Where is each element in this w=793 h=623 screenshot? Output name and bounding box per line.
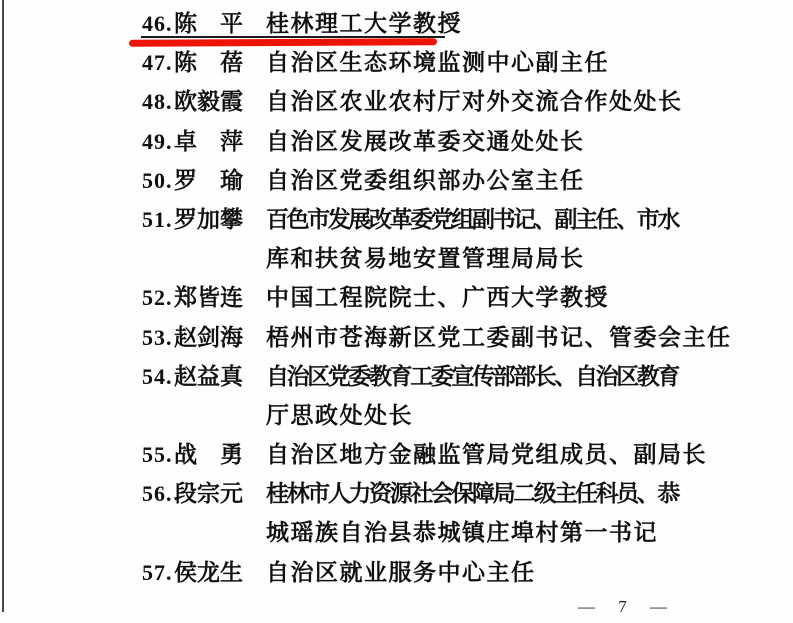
entry-title: 库和扶贫易地安置管理局局长 bbox=[266, 246, 585, 271]
entry-number: 56. bbox=[142, 482, 173, 506]
entry-title: 自治区就业服务中心主任 bbox=[266, 560, 536, 585]
list-item-continuation: 城瑶族自治县恭城镇庄埠村第一书记 bbox=[0, 519, 793, 558]
entry-number: 50. bbox=[142, 169, 173, 193]
entry-number: 49. bbox=[142, 130, 173, 154]
list-item: 51.罗加攀百色市发展改革委党组副书记、副主任、市水 bbox=[0, 206, 793, 245]
list-item: 48.欧毅霞自治区农业农村厅对外交流合作处处长 bbox=[0, 88, 793, 127]
entry-name: 赵剑海 bbox=[174, 325, 243, 350]
entry-title: 自治区生态环境监测中心副主任 bbox=[266, 50, 609, 75]
entry-name: 侯龙生 bbox=[174, 560, 243, 585]
entry-number: 54. bbox=[142, 365, 173, 389]
entry-title: 百色市发展改革委党组副书记、副主任、市水 bbox=[266, 207, 678, 232]
entry-name: 战 勇 bbox=[174, 442, 243, 467]
entry-name: 罗加攀 bbox=[174, 207, 243, 232]
list-item: 53.赵剑海梧州市苍海新区党工委副书记、管委会主任 bbox=[0, 324, 793, 363]
entry-title: 自治区发展改革委交通处处长 bbox=[266, 129, 585, 154]
entry-name: 郑皆连 bbox=[174, 285, 243, 310]
entry-number: 53. bbox=[142, 326, 173, 350]
entry-name: 赵益真 bbox=[174, 364, 243, 389]
entry-title: 厅思政处处长 bbox=[266, 403, 413, 428]
entry-title: 城瑶族自治县恭城镇庄埠村第一书记 bbox=[266, 520, 658, 545]
entry-number: 52. bbox=[142, 286, 173, 310]
entry-name: 欧毅霞 bbox=[174, 89, 243, 114]
entry-number: 51. bbox=[142, 208, 173, 232]
list-item: 47.陈 蓓自治区生态环境监测中心副主任 bbox=[0, 49, 793, 88]
entry-number: 48. bbox=[142, 90, 173, 114]
entry-title: 自治区地方金融监管局党组成员、副局长 bbox=[266, 442, 707, 467]
entry-title: 自治区农业农村厅对外交流合作处处长 bbox=[266, 89, 683, 114]
list-item: 56.段宗元桂林市人力资源社会保障局二级主任科员、恭 bbox=[0, 480, 793, 519]
entry-name: 段宗元 bbox=[174, 481, 243, 506]
list-item: 49.卓 萍自治区发展改革委交通处处长 bbox=[0, 128, 793, 167]
entry-title: 桂林市人力资源社会保障局二级主任科员、恭 bbox=[266, 481, 678, 506]
entry-number: 57. bbox=[142, 561, 173, 585]
list-item-continuation: 库和扶贫易地安置管理局局长 bbox=[0, 245, 793, 284]
entry-number: 46. bbox=[142, 12, 173, 36]
entry-number: 55. bbox=[142, 443, 173, 467]
list-item: 50.罗 瑜自治区党委组织部办公室主任 bbox=[0, 167, 793, 206]
list-item: 57.侯龙生自治区就业服务中心主任 bbox=[0, 559, 793, 598]
list-item: 52.郑皆连中国工程院院士、广西大学教授 bbox=[0, 284, 793, 323]
entry-title: 中国工程院院士、广西大学教授 bbox=[266, 285, 609, 310]
entry-name: 陈 蓓 bbox=[174, 50, 243, 75]
document-page: { "page": { "background": "#fefefe", "te… bbox=[0, 0, 793, 623]
red-marker-line bbox=[129, 38, 437, 47]
entry-name: 陈 平 bbox=[174, 11, 243, 36]
entry-name: 卓 萍 bbox=[174, 129, 243, 154]
list-item: 55.战 勇自治区地方金融监管局党组成员、副局长 bbox=[0, 441, 793, 480]
entry-title: 自治区党委教育工委宣传部部长、自治区教育 bbox=[266, 364, 678, 389]
list-item: 54.赵益真自治区党委教育工委宣传部部长、自治区教育 bbox=[0, 363, 793, 402]
entry-title: 自治区党委组织部办公室主任 bbox=[266, 168, 585, 193]
appointee-list: 46.陈 平桂林理工大学教授47.陈 蓓自治区生态环境监测中心副主任48.欧毅霞… bbox=[0, 10, 793, 598]
page-number: — 7 — bbox=[560, 597, 690, 617]
entry-number: 47. bbox=[142, 51, 173, 75]
entry-title: 梧州市苍海新区党工委副书记、管委会主任 bbox=[266, 325, 732, 350]
entry-name: 罗 瑜 bbox=[174, 168, 243, 193]
list-item: 46.陈 平桂林理工大学教授 bbox=[0, 10, 793, 49]
entry-title: 桂林理工大学教授 bbox=[266, 11, 462, 36]
list-item-continuation: 厅思政处处长 bbox=[0, 402, 793, 441]
